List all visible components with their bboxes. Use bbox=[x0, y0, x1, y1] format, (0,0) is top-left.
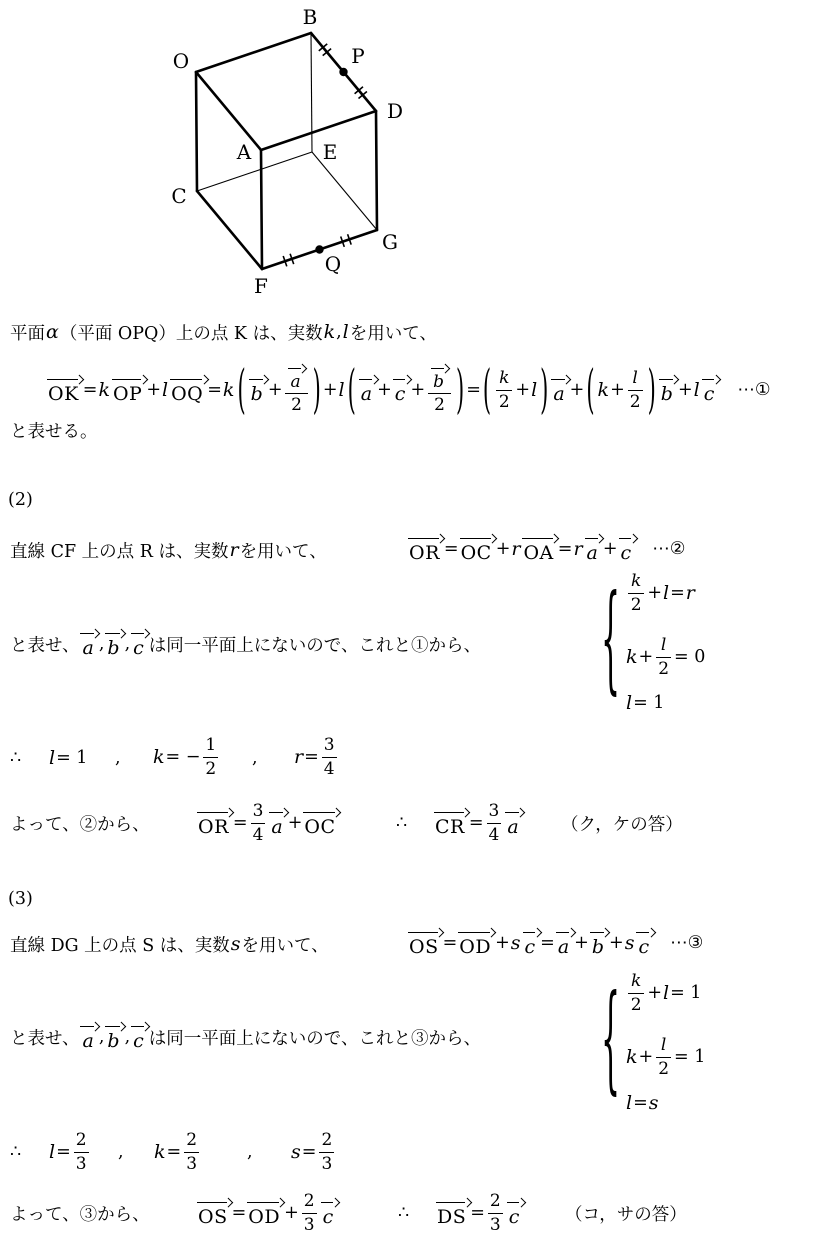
vector-arrow-term: a bbox=[79, 1023, 98, 1052]
math-token: 平面 bbox=[10, 320, 45, 345]
math-token: 2 bbox=[186, 1130, 197, 1150]
vector-arrow-term: c bbox=[618, 535, 637, 564]
math-token bbox=[636, 548, 652, 550]
therefore-icon: ∴ bbox=[10, 1138, 21, 1166]
math-token: 2 bbox=[488, 1191, 503, 1211]
vector-arrow-term: a bbox=[268, 809, 287, 838]
equation-3: OS = OD + sc = a + b + sc⋯③ bbox=[407, 925, 703, 961]
vector-arrow-term: a bbox=[550, 376, 569, 405]
math-token: l bbox=[662, 982, 670, 1004]
fraction: 23 bbox=[488, 1191, 503, 1235]
math-token: a bbox=[557, 936, 570, 958]
fraction: a2 bbox=[285, 365, 307, 415]
math-token: k bbox=[597, 379, 611, 401]
vector-arrow-term: OR bbox=[407, 535, 444, 564]
result-s-two-thirds: s = 23 bbox=[290, 1126, 337, 1178]
math-token: ∴ bbox=[10, 748, 21, 768]
math-token: = bbox=[83, 380, 98, 400]
line-cf-text: 直線 CF 上の点 R は、実数 r を用いて、 bbox=[10, 536, 327, 564]
math-token bbox=[487, 823, 502, 824]
vertex-label-A: A bbox=[236, 140, 252, 164]
math-token: OC bbox=[461, 542, 492, 564]
math-token: a bbox=[81, 637, 94, 659]
math-token: 2 bbox=[658, 1059, 669, 1079]
math-token: OS bbox=[198, 1206, 228, 1228]
math-token: l bbox=[631, 368, 638, 388]
math-token: l bbox=[161, 379, 169, 401]
result-r-three-quarters: r = 34 bbox=[293, 731, 340, 783]
left-brace: { bbox=[601, 585, 620, 702]
fraction: 34 bbox=[487, 801, 502, 845]
vertex-label-C: C bbox=[171, 184, 186, 208]
math-token: ⋯① bbox=[737, 380, 770, 400]
math-token: c bbox=[703, 383, 716, 405]
math-token bbox=[654, 942, 670, 944]
math-token: = 1 bbox=[670, 983, 701, 1003]
math-token: k bbox=[625, 1046, 639, 1068]
math-token: a bbox=[506, 816, 519, 838]
fraction: k2 bbox=[628, 571, 644, 615]
math-token bbox=[656, 657, 671, 658]
math-token: 3 bbox=[76, 1154, 87, 1174]
math-token: + bbox=[647, 983, 662, 1003]
math-token: = 1 bbox=[674, 1047, 705, 1067]
math-token bbox=[74, 1152, 89, 1153]
vector-arrow-term: OR bbox=[196, 809, 233, 838]
math-token bbox=[628, 593, 644, 594]
math-token: l bbox=[660, 1035, 667, 1055]
math-token: 2 bbox=[76, 1130, 87, 1150]
math-token: = bbox=[302, 1142, 317, 1162]
math-token: OD bbox=[459, 936, 491, 958]
system-of-equations-2: { k2 + l = 1 k + l2 = 1 l = s bbox=[603, 970, 793, 1116]
math-token: は同一平面上にないので、これと③から、 bbox=[149, 1025, 481, 1050]
math-token: = bbox=[233, 813, 248, 833]
math-token: l bbox=[48, 1141, 56, 1163]
math-token: r bbox=[685, 582, 696, 604]
system2-row1: k2 + l = 1 bbox=[625, 970, 705, 1016]
not-coplanar-text-2: と表せ、a , b , c は同一平面上にないので、これと③から、 bbox=[10, 1022, 481, 1052]
math-token: + bbox=[639, 1047, 654, 1067]
therefore-icon: ∴ bbox=[396, 809, 407, 837]
math-token: l bbox=[658, 635, 669, 655]
math-token: l bbox=[662, 582, 670, 604]
math-token: 2 bbox=[319, 1130, 334, 1150]
math-token: ) bbox=[540, 364, 548, 417]
math-token: 3 bbox=[487, 801, 502, 821]
math-token: + bbox=[146, 380, 161, 400]
math-token: , bbox=[115, 748, 121, 768]
math-token: と表せ、 bbox=[10, 632, 79, 657]
math-token: r bbox=[510, 538, 521, 560]
answer-note-ku-ke: （ク，ケの答） bbox=[561, 809, 683, 837]
paragraph-plane-opq: 平面 α（平面 OPQ）上の点 K は、実数 k , l を用いて、 bbox=[10, 318, 437, 346]
math-token: k bbox=[628, 971, 644, 991]
fraction: 34 bbox=[322, 735, 337, 779]
math-token: を用いて、 bbox=[242, 932, 329, 957]
math-token: c bbox=[132, 1030, 145, 1052]
math-token: 2 bbox=[630, 392, 641, 412]
equation-cr-result: CR = 34a bbox=[433, 795, 524, 851]
math-token: CR bbox=[435, 816, 465, 838]
math-token: α bbox=[45, 321, 60, 343]
math-token: 2 bbox=[497, 392, 512, 412]
math-token: を用いて、 bbox=[240, 538, 327, 563]
vector-arrow-term: OS bbox=[407, 929, 443, 958]
math-token: s bbox=[510, 932, 522, 954]
math-token: l bbox=[693, 379, 701, 401]
system1-row2: k + l2 = 0 bbox=[625, 634, 705, 680]
vector-arrow-term: OQ bbox=[169, 376, 207, 405]
math-token: = 0 bbox=[674, 647, 705, 667]
math-token: 2 bbox=[321, 1130, 332, 1150]
math-token: 4 bbox=[253, 825, 264, 845]
math-token: l bbox=[629, 368, 640, 388]
vector-arrow-term: c bbox=[320, 1199, 339, 1228]
math-token: 4 bbox=[324, 759, 335, 779]
math-token: (2) bbox=[8, 490, 33, 510]
fraction: 12 bbox=[203, 735, 218, 779]
math-token: 2 bbox=[656, 1059, 671, 1079]
math-token: + bbox=[377, 380, 392, 400]
math-token: よって、③から、 bbox=[10, 1201, 150, 1226]
therefore-icon: ∴ bbox=[10, 744, 21, 772]
vector-arrow-term: c bbox=[130, 1023, 149, 1052]
math-token: ∴ bbox=[10, 1142, 21, 1162]
vector-arrow-term: c bbox=[130, 630, 149, 659]
math-token: l bbox=[625, 1092, 633, 1114]
math-token: = 1 bbox=[56, 748, 87, 768]
math-token: （平面 OPQ）上の点 K は、実数 bbox=[60, 320, 323, 345]
math-token: + bbox=[610, 380, 625, 400]
math-token: + bbox=[323, 380, 338, 400]
vector-arrow-term: a bbox=[79, 630, 98, 659]
result-l-1: l = 1 bbox=[48, 744, 87, 772]
vector-arrow-term: OK bbox=[46, 376, 83, 405]
math-token: k bbox=[153, 1141, 167, 1163]
math-token: + bbox=[678, 380, 693, 400]
math-token: 2 bbox=[434, 395, 445, 415]
math-token: = bbox=[466, 380, 481, 400]
math-token: = bbox=[207, 380, 222, 400]
math-token: l bbox=[48, 747, 56, 769]
math-token: = bbox=[443, 933, 458, 953]
vertex-label-D: D bbox=[387, 99, 403, 123]
math-token: + bbox=[284, 1203, 299, 1223]
math-token: 2 bbox=[631, 595, 642, 615]
math-token bbox=[184, 1152, 199, 1153]
math-token: b bbox=[106, 1030, 120, 1052]
math-token: ( bbox=[483, 364, 491, 417]
math-token: = bbox=[670, 583, 685, 603]
math-token: ) bbox=[456, 364, 464, 417]
conclusion-3-text: よって、③から、 bbox=[10, 1199, 150, 1227]
vector-arrow-term: OC bbox=[302, 809, 339, 838]
vector-arrow-term: OA bbox=[521, 535, 557, 564]
math-token: 直線 DG 上の点 S は、実数 bbox=[10, 932, 230, 957]
math-token: ⋯③ bbox=[670, 933, 703, 953]
math-token: k bbox=[625, 646, 639, 668]
system1-row1: k2 + l = r bbox=[625, 570, 705, 616]
math-token: （コ，サの答） bbox=[565, 1201, 687, 1226]
math-token: 2 bbox=[291, 395, 302, 415]
fraction: 34 bbox=[251, 801, 266, 845]
point-label-P: P bbox=[351, 44, 364, 68]
math-token: c bbox=[637, 936, 650, 958]
math-token: = bbox=[470, 1203, 485, 1223]
math-token: c bbox=[132, 637, 145, 659]
cube-visible-edges bbox=[196, 33, 377, 269]
point-q-dot bbox=[315, 245, 323, 253]
section-2-marker: (2) bbox=[8, 487, 33, 513]
vector-arrow-term: a bbox=[504, 809, 523, 838]
math-token: + bbox=[410, 380, 425, 400]
math-token bbox=[285, 393, 307, 394]
math-token: OD bbox=[248, 1206, 280, 1228]
vertex-label-O: O bbox=[173, 49, 189, 73]
math-token bbox=[302, 1213, 317, 1214]
math-token: s bbox=[230, 933, 242, 955]
vector-arrow-term: c bbox=[701, 376, 720, 405]
math-token: = bbox=[469, 813, 484, 833]
math-token: = 1 bbox=[633, 693, 664, 713]
math-token: 4 bbox=[489, 825, 500, 845]
math-token: 4 bbox=[322, 759, 337, 779]
math-token: 2 bbox=[205, 759, 216, 779]
math-token: c bbox=[322, 1206, 335, 1228]
math-token: b bbox=[591, 936, 605, 958]
fraction: l2 bbox=[656, 1035, 671, 1079]
math-token bbox=[628, 993, 644, 994]
fraction: 23 bbox=[319, 1130, 334, 1174]
math-token: 2 bbox=[184, 1130, 199, 1150]
math-token: k bbox=[152, 746, 166, 768]
math-token: k bbox=[630, 971, 642, 991]
math-token: と表せ、 bbox=[10, 1025, 79, 1050]
math-token: r bbox=[293, 746, 304, 768]
math-token: = bbox=[304, 747, 319, 767]
math-token: OS bbox=[409, 936, 439, 958]
math-token: c bbox=[524, 936, 537, 958]
vector-arrow-term: a bbox=[584, 535, 603, 564]
vector-arrow-term: b bbox=[589, 929, 609, 958]
line-dg-text: 直線 DG 上の点 S は、実数 s を用いて、 bbox=[10, 930, 329, 958]
math-token bbox=[319, 1152, 334, 1153]
math-token: a bbox=[586, 542, 599, 564]
vertex-label-F: F bbox=[254, 274, 268, 298]
math-token: を用いて、 bbox=[350, 320, 437, 345]
system-of-equations-1: { k2 + l = r k + l2 = 0 l = 1 bbox=[603, 570, 793, 716]
math-token: ( bbox=[348, 364, 356, 417]
fraction: k2 bbox=[496, 368, 512, 412]
math-token: r bbox=[228, 539, 239, 561]
math-token bbox=[251, 823, 266, 824]
math-token: （ク，ケの答） bbox=[561, 811, 683, 836]
equation-os-result: OS = OD + 23c bbox=[196, 1185, 338, 1241]
vector-arrow-term: a bbox=[358, 376, 377, 405]
math-token: k bbox=[496, 368, 512, 388]
math-token: 2 bbox=[490, 1191, 501, 1211]
vector-arrow-term: a bbox=[287, 365, 305, 392]
math-token: 3 bbox=[304, 1215, 315, 1235]
math-token: + bbox=[609, 933, 624, 953]
comma: , bbox=[252, 744, 258, 772]
math-token: 2 bbox=[432, 395, 447, 415]
conclusion-2-text: よって、②から、 bbox=[10, 809, 150, 837]
math-token: b bbox=[106, 637, 120, 659]
math-token: , bbox=[247, 1142, 253, 1162]
math-token: + bbox=[639, 647, 654, 667]
math-token: 直線 CF 上の点 R は、実数 bbox=[10, 538, 228, 563]
math-token: 3 bbox=[319, 1154, 334, 1174]
math-token bbox=[656, 1057, 671, 1058]
math-token: 3 bbox=[302, 1215, 317, 1235]
math-token: k bbox=[630, 571, 642, 591]
math-token: 2 bbox=[289, 395, 304, 415]
math-token: s bbox=[648, 1092, 660, 1114]
vector-arrow-term: CR bbox=[433, 809, 469, 838]
math-token: a bbox=[552, 383, 565, 405]
math-token: 3 bbox=[489, 801, 500, 821]
math-token: 3 bbox=[253, 801, 264, 821]
math-token: l bbox=[342, 321, 350, 343]
math-token: + bbox=[647, 583, 662, 603]
fraction: 23 bbox=[184, 1130, 199, 1174]
section-3-marker: (3) bbox=[8, 886, 33, 912]
system2-row2: k + l2 = 1 bbox=[625, 1034, 705, 1080]
math-token: OP bbox=[113, 383, 142, 405]
math-token: + bbox=[495, 933, 510, 953]
math-token bbox=[203, 757, 218, 758]
math-token: l bbox=[530, 379, 538, 401]
math-token: s bbox=[624, 932, 636, 954]
math-token bbox=[488, 1213, 503, 1214]
math-token: = − bbox=[166, 747, 201, 767]
math-token: と表せる。 bbox=[10, 418, 98, 443]
math-token: = bbox=[558, 539, 573, 559]
result-k-two-thirds: k = 23 bbox=[153, 1126, 202, 1178]
math-token: 3 bbox=[74, 1154, 89, 1174]
math-token: + bbox=[288, 813, 303, 833]
math-token: 4 bbox=[251, 825, 266, 845]
math-token: 3 bbox=[321, 1154, 332, 1174]
system2-row3: l = s bbox=[625, 1090, 705, 1116]
vector-arrow-term: OS bbox=[196, 1199, 232, 1228]
math-token: DS bbox=[437, 1206, 466, 1228]
math-token: よって、②から、 bbox=[10, 811, 150, 836]
math-token: l bbox=[338, 379, 346, 401]
math-token: 2 bbox=[631, 995, 642, 1015]
math-token bbox=[496, 390, 512, 391]
math-token: + bbox=[574, 933, 589, 953]
math-token: + bbox=[570, 380, 585, 400]
result-l-two-thirds: l = 23 bbox=[48, 1126, 92, 1178]
equation-ds-result: DS = 23c bbox=[435, 1185, 524, 1241]
vertex-label-E: E bbox=[323, 140, 338, 164]
math-token: a bbox=[270, 816, 283, 838]
math-token: ) bbox=[648, 364, 656, 417]
math-token: OR bbox=[409, 542, 440, 564]
math-token: c bbox=[394, 383, 407, 405]
math-token: 2 bbox=[658, 659, 669, 679]
vector-arrow-term: b bbox=[658, 376, 678, 405]
math-token: ⋯② bbox=[652, 539, 685, 559]
math-token: OC bbox=[304, 816, 335, 838]
math-token: OK bbox=[48, 383, 79, 405]
math-token: 3 bbox=[488, 1215, 503, 1235]
math-token: b bbox=[250, 383, 264, 405]
comma: , bbox=[115, 744, 121, 772]
not-coplanar-text-1: と表せ、a , b , c は同一平面上にないので、これと①から、 bbox=[10, 629, 481, 659]
vector-arrow-term: c bbox=[635, 929, 654, 958]
math-token bbox=[322, 757, 337, 758]
math-token: 3 bbox=[184, 1154, 199, 1174]
fraction: b2 bbox=[428, 365, 451, 415]
math-token: l bbox=[625, 692, 633, 714]
cube-figure: O B P D A E C G Q F bbox=[155, 0, 420, 302]
answer-note-ko-sa: （コ，サの答） bbox=[565, 1199, 687, 1227]
vector-arrow-term: DS bbox=[435, 1199, 470, 1228]
math-token: a bbox=[289, 372, 301, 392]
math-token: + bbox=[603, 539, 618, 559]
math-solution-document: O B P D A E C G Q F 平面 α（平面 OPQ）上の点 K は、… bbox=[0, 0, 821, 1248]
math-token: k bbox=[498, 368, 510, 388]
math-token: 4 bbox=[487, 825, 502, 845]
math-token: b bbox=[660, 383, 674, 405]
math-token: 2 bbox=[302, 1191, 317, 1211]
math-token: 3 bbox=[490, 1215, 501, 1235]
math-token: 2 bbox=[629, 595, 644, 615]
equation-2: OR = OC + rOA = ra + c⋯② bbox=[407, 531, 685, 567]
vector-arrow-term: c bbox=[392, 376, 411, 405]
math-token: (3) bbox=[8, 889, 33, 909]
vertex-label-B: B bbox=[303, 5, 318, 29]
text-to-araseru: と表せる。 bbox=[10, 416, 98, 444]
math-token: OA bbox=[523, 542, 553, 564]
math-token: 3 bbox=[322, 735, 337, 755]
math-token: 3 bbox=[251, 801, 266, 821]
math-token: , bbox=[252, 748, 258, 768]
math-token: a bbox=[81, 1030, 94, 1052]
math-token: 2 bbox=[656, 659, 671, 679]
math-token: = bbox=[232, 1203, 247, 1223]
math-token: = bbox=[540, 933, 555, 953]
math-token: ∴ bbox=[398, 1203, 409, 1223]
vector-arrow-term: c bbox=[506, 1199, 525, 1228]
math-token: 3 bbox=[186, 1154, 197, 1174]
fraction: 23 bbox=[74, 1130, 89, 1174]
math-token bbox=[628, 390, 643, 391]
math-token bbox=[428, 393, 451, 394]
vector-arrow-term: b bbox=[104, 1023, 124, 1052]
math-token: ( bbox=[586, 364, 594, 417]
left-brace: { bbox=[601, 985, 620, 1102]
vector-arrow-term: OC bbox=[459, 535, 496, 564]
vector-arrow-term: OD bbox=[246, 1199, 284, 1228]
point-p-dot bbox=[339, 68, 347, 76]
fraction: l2 bbox=[628, 368, 643, 412]
math-token: OR bbox=[198, 816, 229, 838]
vector-arrow-term: b bbox=[104, 630, 124, 659]
math-token: k bbox=[97, 379, 111, 401]
math-token: ) bbox=[313, 364, 321, 417]
result-k-neg-half: k = −12 bbox=[152, 731, 221, 783]
math-token: = bbox=[444, 539, 459, 559]
math-token: 2 bbox=[203, 759, 218, 779]
math-token: l bbox=[658, 1035, 669, 1055]
math-token: , bbox=[118, 1142, 124, 1162]
point-label-Q: Q bbox=[325, 252, 341, 276]
